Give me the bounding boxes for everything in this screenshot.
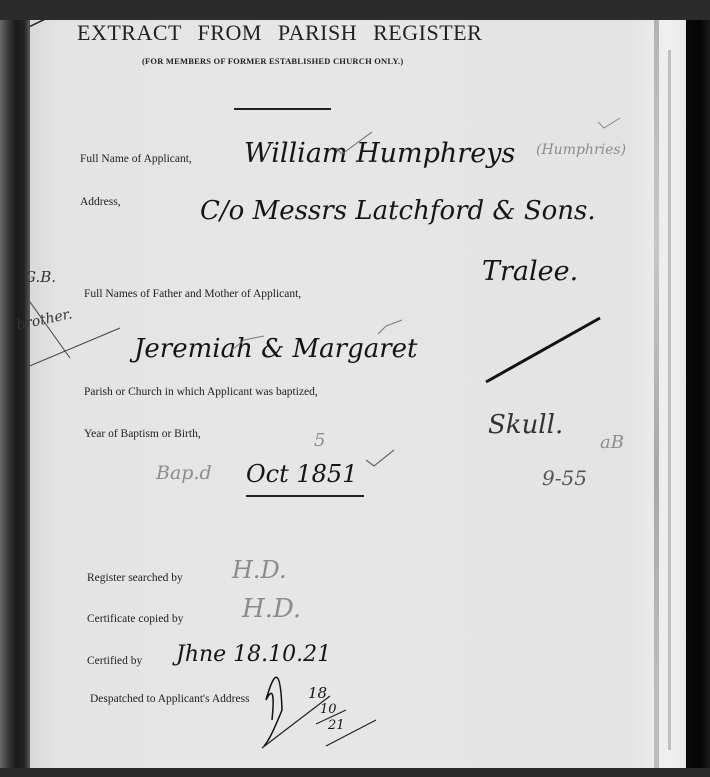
register-page: EXTRACT FROM PARISH REGISTER (FOR MEMBER… (30, 20, 686, 768)
check-icon (232, 336, 264, 350)
check-icon (336, 132, 372, 154)
scan-top-border (0, 0, 710, 20)
check-icon (598, 118, 620, 128)
scan-right-border (686, 20, 710, 768)
book-spine-left (0, 20, 30, 768)
check-icon (366, 450, 394, 466)
scan-bottom-border (0, 768, 710, 777)
handwritten-marks (30, 20, 686, 768)
check-icon (378, 320, 402, 334)
